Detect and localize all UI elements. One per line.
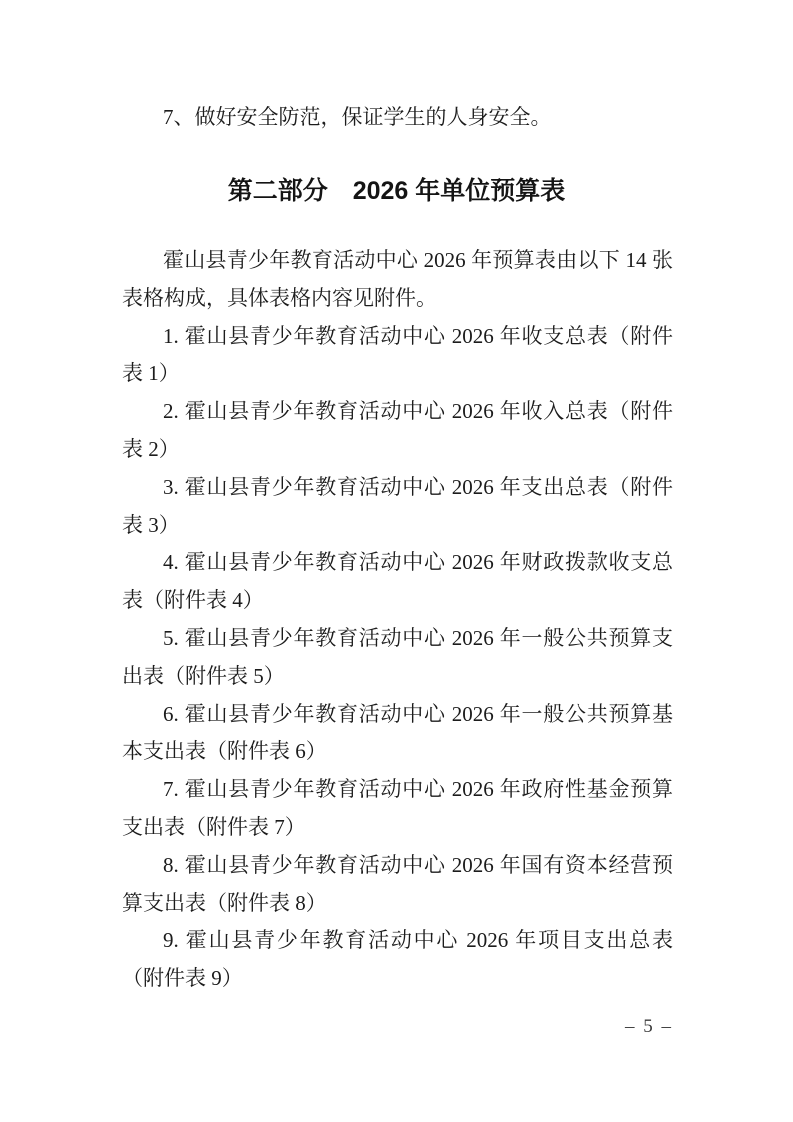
body-line: 9. 霍山县青少年教育活动中心 2026 年项目支出总表 [122, 922, 673, 960]
body-line: 表 1） [122, 355, 673, 393]
body-line: 6. 霍山县青少年教育活动中心 2026 年一般公共预算基 [122, 696, 673, 734]
body-line: 表（附件表 4） [122, 582, 673, 620]
body-line: 7. 霍山县青少年教育活动中心 2026 年政府性基金预算 [122, 771, 673, 809]
body-line: 支出表（附件表 7） [122, 809, 673, 847]
section-heading: 第二部分 2026 年单位预算表 [0, 176, 793, 206]
body-line: 算支出表（附件表 8） [122, 885, 673, 923]
body-line: 3. 霍山县青少年教育活动中心 2026 年支出总表（附件 [122, 469, 673, 507]
body-line: 表 3） [122, 507, 673, 545]
body-text: 霍山县青少年教育活动中心 2026 年预算表由以下 14 张 表格构成，具体表格… [122, 242, 673, 998]
page-number: – 5 – [122, 1016, 673, 1038]
body-line: 1. 霍山县青少年教育活动中心 2026 年收支总表（附件 [122, 318, 673, 356]
body-line: 2. 霍山县青少年教育活动中心 2026 年收入总表（附件 [122, 393, 673, 431]
body-line: （附件表 9） [122, 960, 673, 998]
body-line: 表 2） [122, 431, 673, 469]
body-line: 8. 霍山县青少年教育活动中心 2026 年国有资本经营预 [122, 847, 673, 885]
body-line: 5. 霍山县青少年教育活动中心 2026 年一般公共预算支 [122, 620, 673, 658]
body-line: 出表（附件表 5） [122, 658, 673, 696]
body-line: 表格构成，具体表格内容见附件。 [122, 280, 673, 318]
document-page: 7、做好安全防范，保证学生的人身安全。 第二部分 2026 年单位预算表 霍山县… [0, 0, 793, 1122]
body-line: 4. 霍山县青少年教育活动中心 2026 年财政拨款收支总 [122, 544, 673, 582]
body-line: 本支出表（附件表 6） [122, 733, 673, 771]
body-line: 霍山县青少年教育活动中心 2026 年预算表由以下 14 张 [122, 242, 673, 280]
paragraph-seven: 7、做好安全防范，保证学生的人身安全。 [122, 101, 673, 133]
